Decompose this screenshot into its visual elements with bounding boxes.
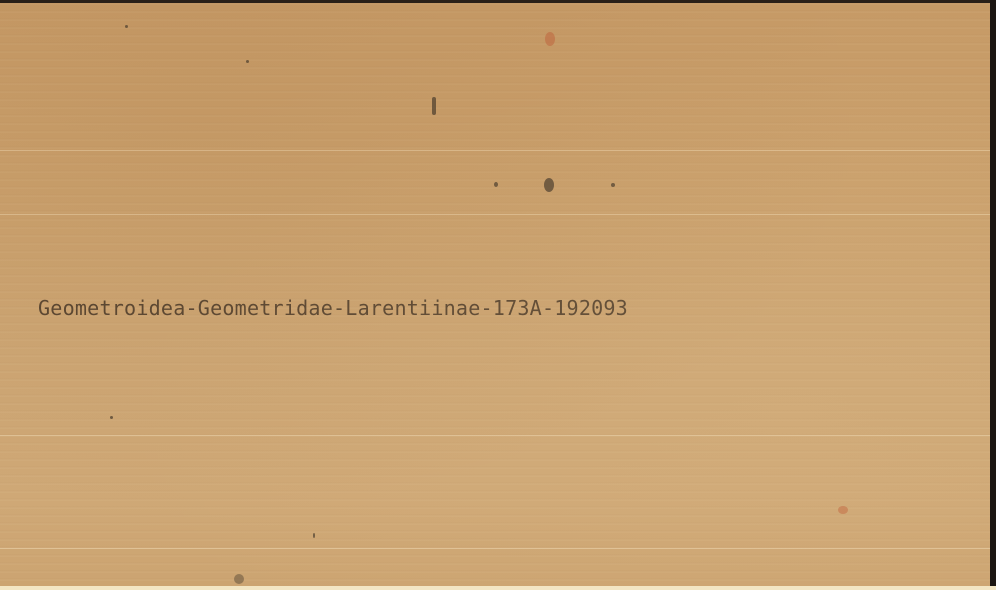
- stain-mark: [313, 533, 315, 538]
- paper-fold-line: [0, 150, 990, 151]
- stain-mark: [110, 416, 113, 419]
- stain-mark: [494, 182, 498, 187]
- stain-mark: [544, 178, 554, 192]
- scan-border-top: [0, 0, 996, 3]
- catalog-label: Geometroidea-Geometridae-Larentiinae-173…: [38, 296, 628, 320]
- paper-fold-line: [0, 214, 990, 215]
- scan-border-right: [990, 0, 996, 590]
- stain-mark: [125, 25, 128, 28]
- stain-mark: [246, 60, 249, 63]
- paper-fold-line: [0, 548, 990, 549]
- stain-mark: [432, 97, 436, 115]
- index-card: Geometroidea-Geometridae-Larentiinae-173…: [0, 0, 990, 586]
- stain-mark: [838, 506, 848, 514]
- stain-mark: [234, 574, 244, 584]
- stain-mark: [611, 183, 615, 187]
- scan-border-bottom: [0, 586, 996, 590]
- stain-mark: [545, 32, 555, 46]
- paper-fold-line: [0, 435, 990, 436]
